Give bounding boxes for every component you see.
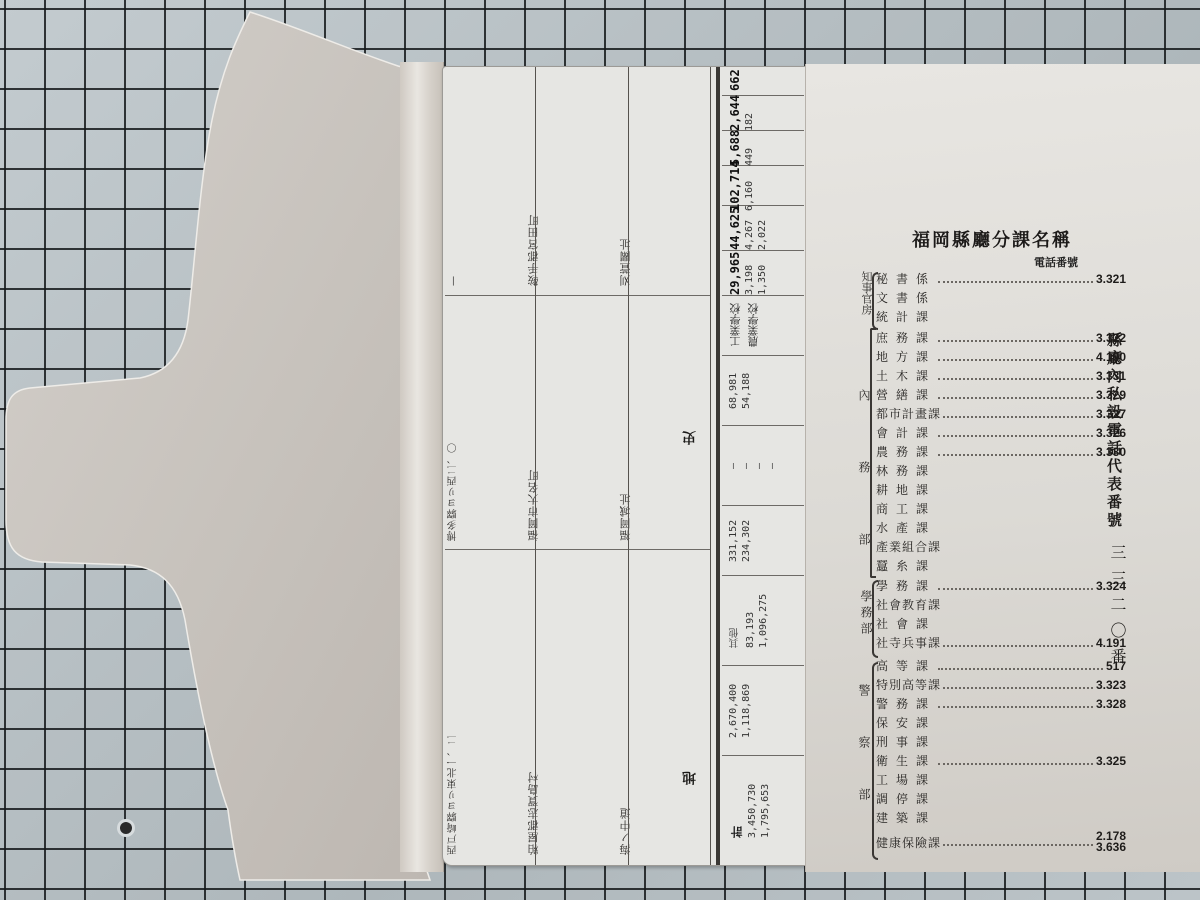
section-row: 農務課 3.330 [876, 442, 1126, 461]
station: 西戸崎驛ヨリ東北一、二 [448, 734, 459, 855]
binding-spine [400, 62, 444, 872]
section-row: 特別高等課 3.323 [876, 675, 1126, 694]
stat-value: 4,267 [744, 206, 755, 249]
section-name: 文書係 [876, 289, 936, 306]
section-name: 土木課 [876, 367, 936, 384]
site-name: 海ノ中道 [619, 807, 632, 855]
section-row: 衛生課 3.325 [876, 751, 1126, 770]
section-directory-page: 福岡縣廳分課名稱 電話番號 知事官房 秘書係 3.321 文書係 統計課 內務部… [805, 64, 1200, 872]
other-label: 其他 [728, 593, 743, 647]
stat-value: 2,670,400 [728, 683, 739, 737]
dept-police: 警察部 [856, 684, 873, 840]
section-row: 商工課 [876, 499, 1126, 518]
phone-number: 3.328 [1096, 697, 1126, 711]
school-label: 農業學校 [746, 304, 762, 348]
section-row: 社寺兵事課 4.191 [876, 633, 1126, 652]
dot-leader [938, 429, 1093, 437]
name-column: 福岡城址 [617, 296, 677, 545]
stat-value: 1,350 [757, 251, 768, 294]
section-row: 調停課 [876, 789, 1126, 808]
historic-sites-row: 博多驛ヨリ西二、〇 福岡市大名町 福岡城址 [445, 295, 710, 545]
station-column: 西戸崎驛ヨリ東北一、二 [445, 550, 525, 859]
name-column: 刈萱關址 [617, 70, 677, 290]
dot-leader [938, 334, 1093, 342]
section-row: 高等課 517 [876, 656, 1126, 675]
section-row: 水產課 [876, 518, 1126, 537]
stats-cell: 計 3,450,730 1,795,653 [722, 755, 804, 865]
section-name: 特別高等課 [876, 676, 941, 693]
station: 博多驛ヨリ西二、〇 [448, 442, 459, 541]
location: 福岡市大名町 [527, 469, 540, 541]
section-row: 文書係 [876, 288, 1126, 307]
dot-leader [938, 275, 1093, 283]
stat-value: 1,096,275 [758, 593, 769, 647]
stat-total: 102,714 [728, 160, 742, 211]
column-divider [716, 67, 720, 865]
stat-total: 662 [728, 69, 742, 91]
section-name: 警務課 [876, 695, 936, 712]
grand-total-temp: 1,795,653 [760, 783, 771, 837]
stats-cell: 662 [722, 66, 804, 95]
statistics-block: 計 3,450,730 1,795,653 2,670,400 1,118,86… [722, 67, 804, 865]
section-name: 地方課 [876, 348, 936, 365]
dash: — [741, 462, 752, 468]
station-column: — [445, 70, 525, 290]
stats-cell: 其他 83,193 1,096,275 [722, 575, 804, 665]
column-divider [628, 67, 629, 865]
section-row: 土木課 3.331 [876, 366, 1126, 385]
stats-cell: 102,714 6,160 [722, 165, 804, 205]
name-column: 海ノ中道 [617, 550, 677, 859]
section-name: 社會教育課 [876, 596, 941, 613]
section-row: 警務課 3.328 [876, 694, 1126, 713]
upside-down-content: 計 3,450,730 1,795,653 2,670,400 1,118,86… [443, 67, 806, 865]
section-row: 社會課 [876, 614, 1126, 633]
section-row: 營繕課 3.329 [876, 385, 1126, 404]
section-name: 統計課 [876, 308, 936, 325]
grand-total-label: 計 [728, 783, 745, 837]
phone-number: 3.321 [1096, 272, 1126, 286]
section-row: 工場課 [876, 770, 1126, 789]
stats-cell: 2,670,400 1,118,869 [722, 665, 804, 755]
dot-leader [943, 639, 1093, 647]
dot-leader [943, 410, 1093, 418]
section-row: 都市計畫課 3.327 [876, 404, 1126, 423]
switchboard-number: 三三二〇番 [1106, 544, 1129, 674]
section-row: 社會教育課 [876, 595, 1126, 614]
stat-value: 182 [744, 95, 755, 131]
section-row: 建築課 [876, 808, 1126, 827]
stats-cell: 29,965 3,198 1,350 [722, 250, 804, 295]
section-name: 耕地課 [876, 481, 936, 498]
historic-sites-row: — 鞍手郡宮田町 刈萱關址 [445, 70, 710, 290]
phone-number-stack: 2.178 3.636 [1096, 831, 1126, 853]
stat-value: 6,160 [744, 160, 755, 211]
section-name: 工場課 [876, 771, 936, 788]
scenic-sites-row: 西戸崎驛ヨリ東北一、二 粕屋郡志賀島村 海ノ中道 [445, 549, 710, 859]
dot-leader [943, 681, 1093, 689]
stat-value: 3,198 [744, 251, 755, 294]
section-row: 保安課 [876, 713, 1126, 732]
phone-number: 3.636 [1096, 842, 1126, 853]
dash: — [728, 462, 739, 468]
section-row: 耕地課 [876, 480, 1126, 499]
stats-cell: 5,688 449 [722, 130, 804, 165]
column-divider [710, 67, 711, 865]
dot-leader [938, 391, 1093, 399]
section-name: 社會課 [876, 615, 936, 632]
section-name: 學務課 [876, 577, 936, 594]
dot-leader [938, 448, 1093, 456]
section-name: 衛生課 [876, 752, 936, 769]
section-row: 蠶糸課 [876, 556, 1126, 575]
section-name: 農務課 [876, 443, 936, 460]
stat-value: 234,302 [741, 519, 752, 561]
stat-value: 68,981 [728, 372, 739, 408]
location: 粕屋郡志賀島村 [527, 771, 540, 855]
site-name: 福岡城址 [619, 493, 632, 541]
sites-table: 地 史 西戸崎驛ヨリ東北一、二 粕屋郡志賀島村 海ノ中道 博多驛ヨリ西二、〇 福 [445, 67, 710, 865]
stat-total: 29,965 [728, 251, 742, 294]
dash: — [767, 462, 778, 468]
station-column: 博多驛ヨリ西二、〇 [445, 296, 525, 545]
section-name: 高等課 [876, 657, 936, 674]
section-name: 都市計畫課 [876, 405, 941, 422]
section-row: 林務課 [876, 461, 1126, 480]
school-label: 工業學校 [728, 304, 744, 348]
stat-value: 449 [744, 130, 755, 166]
section-row: 會計課 3.326 [876, 423, 1126, 442]
dot-leader [943, 838, 1093, 846]
switchboard-title: 縣廳內私設電話代表番號 [1104, 332, 1125, 530]
dot-leader [938, 662, 1103, 670]
section-name: 健康保險課 [876, 834, 941, 851]
section-name: 蠶糸課 [876, 557, 936, 574]
stats-cell: 工業學校 農業學校 [722, 295, 804, 355]
section-row: 庶務課 3.322 [876, 328, 1126, 347]
dash: — [754, 462, 765, 468]
stat-value: 54,188 [741, 372, 752, 408]
stats-cell: 68,981 54,188 [722, 355, 804, 425]
dot-leader [938, 700, 1093, 708]
section-row: 統計課 [876, 307, 1126, 326]
section-row: 產業組合課 [876, 537, 1126, 556]
stat-total: 2,644 [728, 95, 742, 131]
section-name: 水產課 [876, 519, 936, 536]
stats-cell: 44,625 4,267 2,022 [722, 205, 804, 250]
section-name: 調停課 [876, 790, 936, 807]
location: 鞍手郡宮田町 [527, 214, 540, 286]
section-name: 建築課 [876, 809, 936, 826]
phone-column-header: 電話番號 [1034, 254, 1078, 270]
phone-number: 3.323 [1096, 678, 1126, 692]
stat-value: 1,118,869 [741, 683, 752, 737]
section-name: 秘書係 [876, 270, 936, 287]
folded-cover-flap [0, 0, 440, 900]
stats-cell: 331,152 234,302 [722, 505, 804, 575]
grand-total-new: 3,450,730 [747, 783, 758, 837]
section-name: 庶務課 [876, 329, 936, 346]
stat-value: 2,022 [757, 206, 768, 249]
section-row: 健康保險課 2.178 3.636 [876, 830, 1126, 854]
dot-leader [938, 353, 1093, 361]
section-row: 學務課 3.324 [876, 576, 1126, 595]
inverted-table-strip: 計 3,450,730 1,795,653 2,670,400 1,118,86… [442, 66, 807, 866]
section-name: 營繕課 [876, 386, 936, 403]
section-name: 保安課 [876, 714, 936, 731]
location-column: 粕屋郡志賀島村 [525, 550, 617, 859]
stat-value: 331,152 [728, 519, 739, 561]
dot-leader [938, 582, 1093, 590]
phone-number: 3.325 [1096, 754, 1126, 768]
dot-leader [938, 757, 1093, 765]
section-name: 林務課 [876, 462, 936, 479]
page-title: 福岡縣廳分課名稱 [912, 226, 1072, 252]
location-column: 福岡市大名町 [525, 296, 617, 545]
station: — [448, 275, 459, 286]
stat-total: 5,688 [728, 130, 742, 166]
section-name: 社寺兵事課 [876, 634, 941, 651]
section-name: 產業組合課 [876, 538, 941, 555]
location-column: 鞍手郡宮田町 [525, 70, 617, 290]
dot-leader [938, 372, 1093, 380]
column-divider [535, 67, 536, 865]
stats-cell: 2,644 182 [722, 95, 804, 130]
site-name: 刈萱關址 [619, 238, 632, 286]
stat-value: 83,193 [745, 593, 756, 647]
section-name: 會計課 [876, 424, 936, 441]
section-name: 商工課 [876, 500, 936, 517]
section-row: 秘書係 3.321 [876, 269, 1126, 288]
stat-total: 44,625 [728, 206, 742, 249]
section-row: 刑事課 [876, 732, 1126, 751]
flap-shape [0, 0, 440, 900]
section-row: 地方課 4.190 [876, 347, 1126, 366]
stats-cell: — — — — [722, 425, 804, 505]
section-name: 刑事課 [876, 733, 936, 750]
